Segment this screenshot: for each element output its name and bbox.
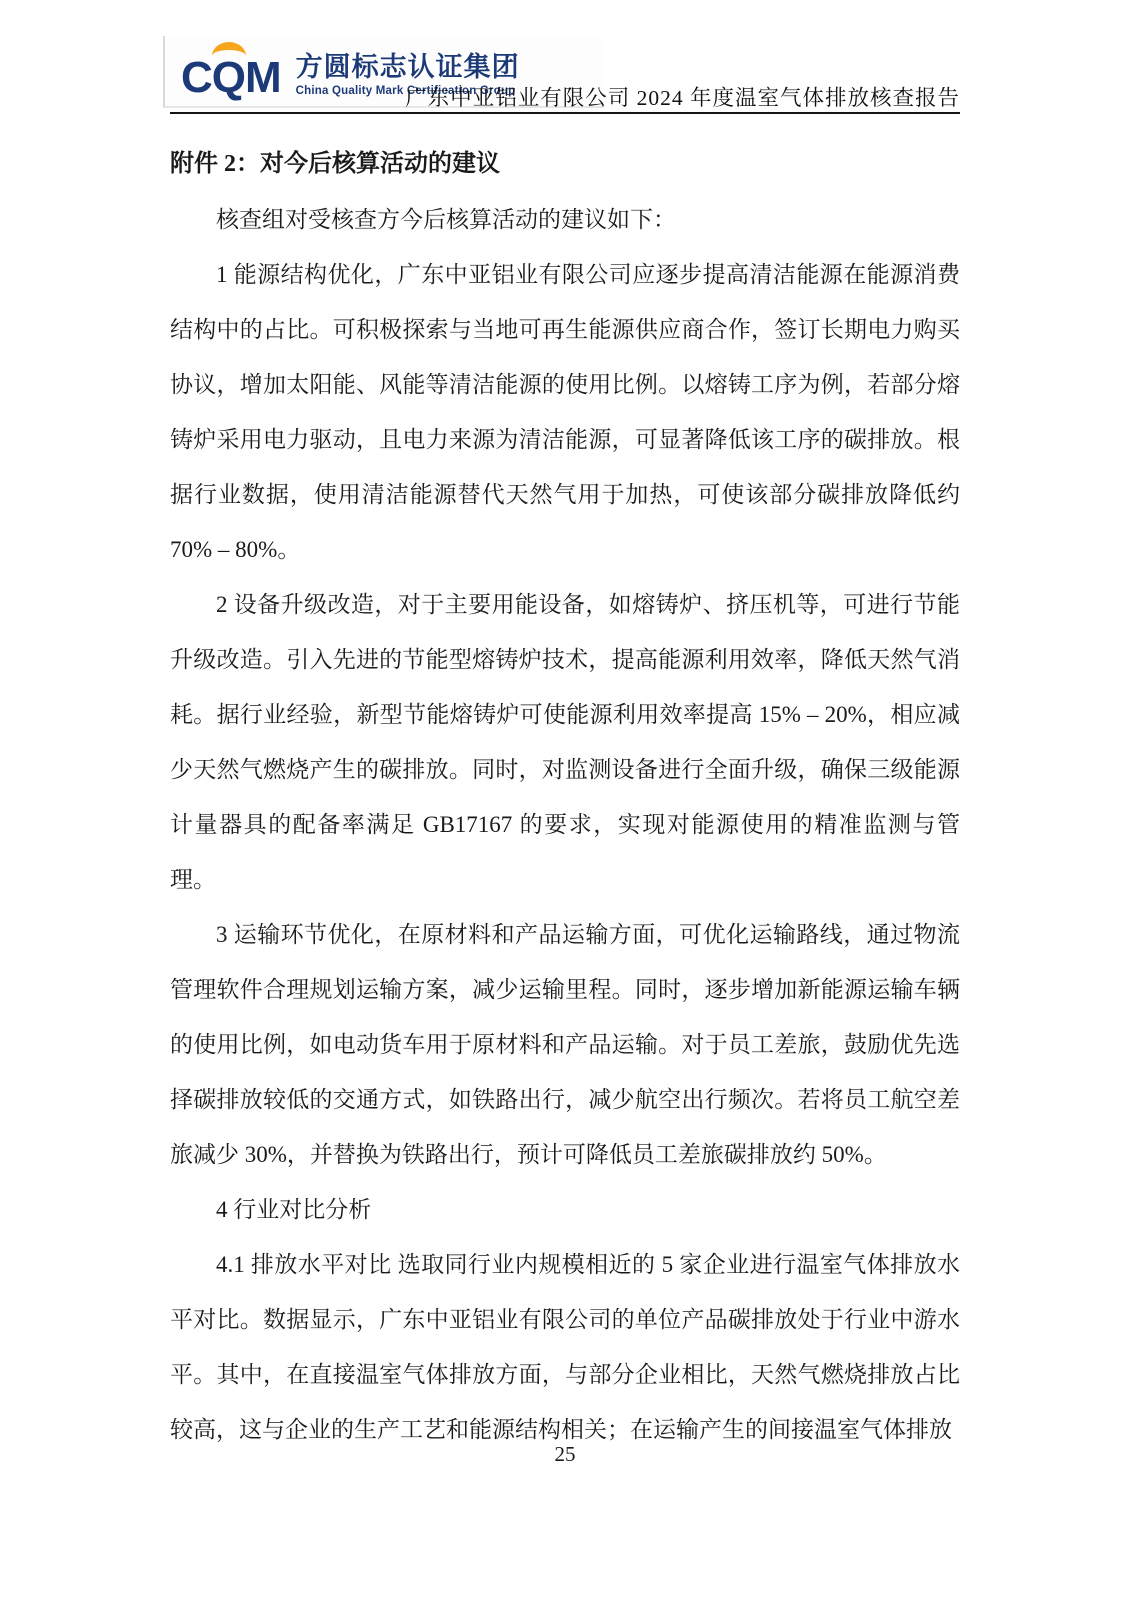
cqm-wordmark: CQM: [181, 42, 281, 100]
paragraph-industry-comparison-heading: 4 行业对比分析: [170, 1182, 960, 1237]
brand-name-chinese: 方圆标志认证集团: [296, 53, 520, 83]
document-body: 附件 2：对今后核算活动的建议 核查组对受核查方今后核算活动的建议如下： 1 能…: [170, 137, 960, 1457]
paragraph-transport-optimization: 3 运输环节优化，在原材料和产品运输方面，可优化运输路线，通过物流管理软件合理规…: [170, 907, 960, 1182]
report-page: CQM 方圆标志认证集团 China Quality Mark Certific…: [0, 0, 1131, 1600]
cqm-acronym: CQM: [181, 53, 281, 102]
page-number: 25: [170, 1442, 960, 1467]
paragraph-intro: 核查组对受核查方今后核算活动的建议如下：: [170, 192, 960, 247]
header-document-title: 广东中亚铝业有限公司 2024 年度温室气体排放核查报告: [405, 81, 960, 112]
section-title: 附件 2：对今后核算活动的建议: [170, 137, 960, 192]
cqm-arc-icon: [212, 42, 246, 56]
header-divider: [170, 112, 960, 114]
paragraph-equipment-upgrade: 2 设备升级改造，对于主要用能设备，如熔铸炉、挤压机等，可进行节能升级改造。引入…: [170, 577, 960, 907]
paragraph-emission-level-comparison: 4.1 排放水平对比 选取同行业内规模相近的 5 家企业进行温室气体排放水平对比…: [170, 1237, 960, 1457]
paragraph-energy-structure: 1 能源结构优化，广东中亚铝业有限公司应逐步提高清洁能源在能源消费结构中的占比。…: [170, 247, 960, 577]
